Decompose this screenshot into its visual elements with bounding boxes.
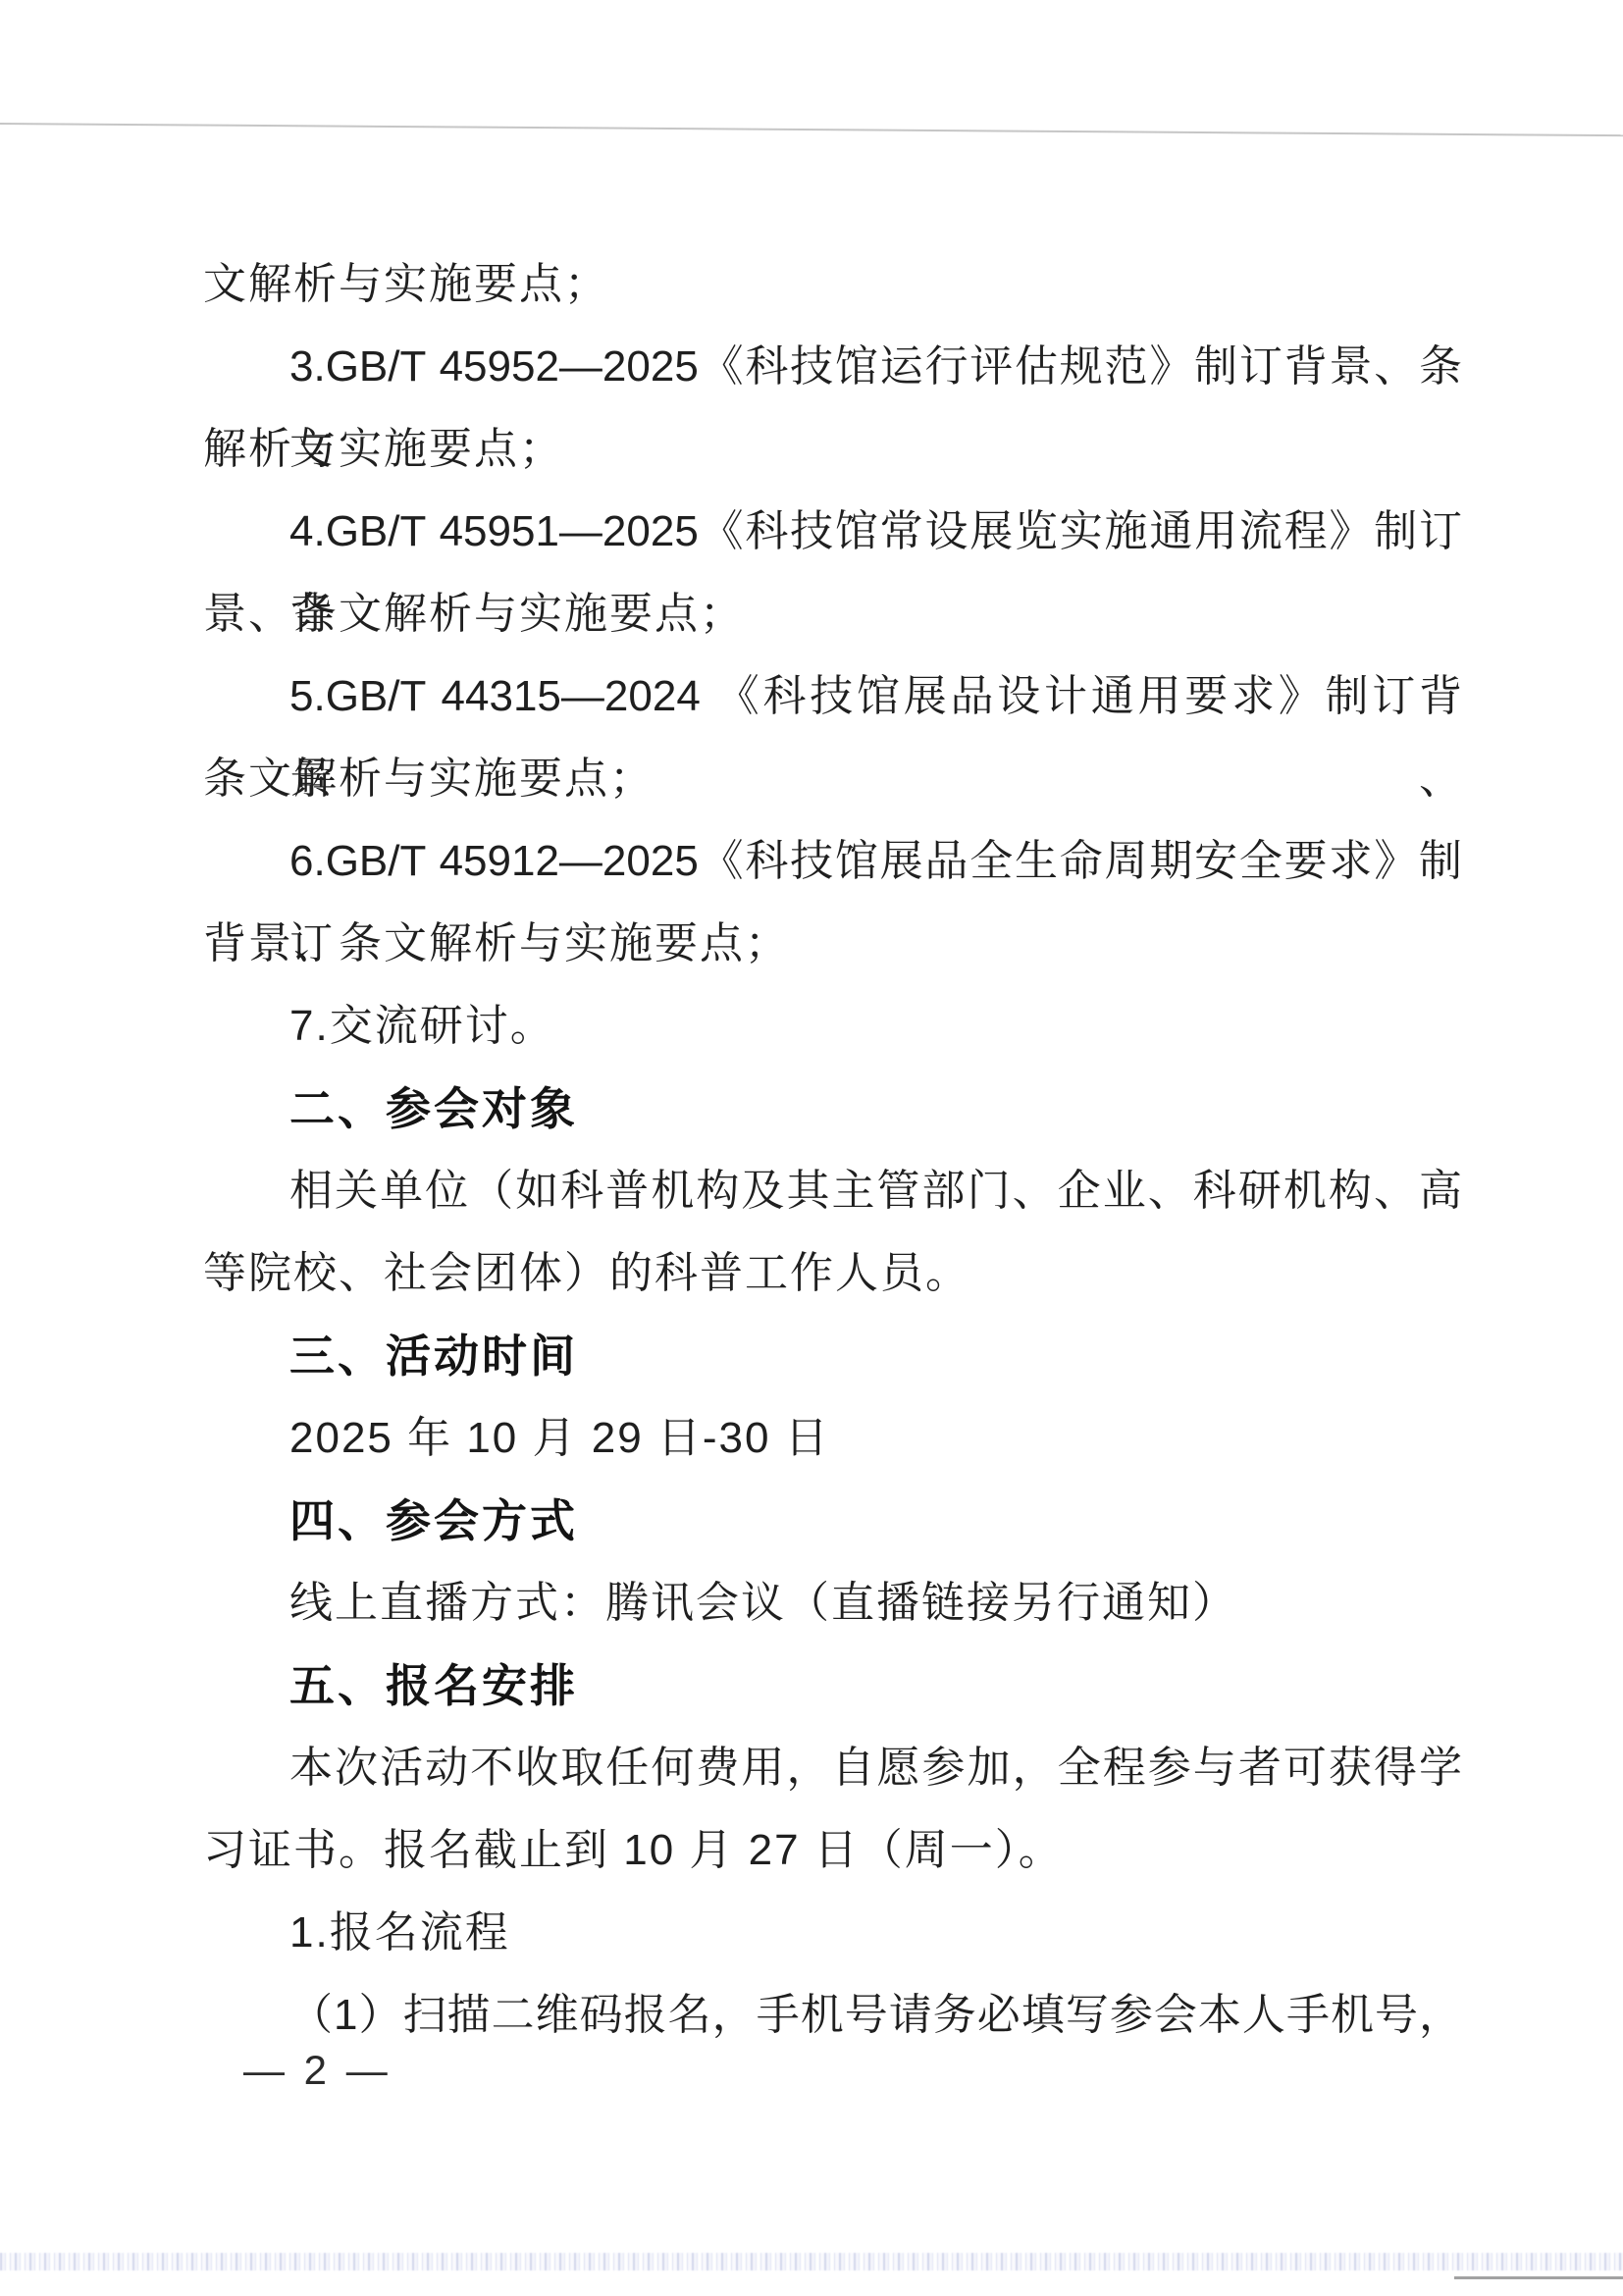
- text-line: 景、条文解析与实施要点；: [203, 573, 1462, 655]
- scan-artifact-bottom-right-line: [1454, 2276, 1623, 2279]
- document-page: 文解析与实施要点；3.GB/T 45952—2025《科技馆运行评估规范》制订背…: [0, 0, 1623, 2296]
- text-line: 解析与实施要点；: [203, 408, 1462, 491]
- section-heading: 二、参会对象: [203, 1068, 1462, 1150]
- text-line: 4.GB/T 45951—2025《科技馆常设展览实施通用流程》制订背: [203, 491, 1462, 573]
- text-line: 本次活动不收取任何费用，自愿参加，全程参与者可获得学: [203, 1727, 1462, 1809]
- text-line: （1）扫描二维码报名，手机号请务必填写参会本人手机号，: [203, 1974, 1462, 2057]
- section-heading: 五、报名安排: [203, 1644, 1462, 1727]
- text-line: 线上直播方式：腾讯会议（直播链接另行通知）: [203, 1562, 1462, 1644]
- text-line: 相关单位（如科普机构及其主管部门、企业、科研机构、高: [203, 1150, 1462, 1232]
- section-heading: 三、活动时间: [203, 1315, 1462, 1397]
- text-line: 5.GB/T 44315—2024 《科技馆展品设计通用要求》制订背景、: [203, 655, 1462, 738]
- scan-artifact-bottom-noise-band: [0, 2253, 1623, 2270]
- text-line: 习证书。报名截止到 10 月 27 日（周一）。: [203, 1809, 1462, 1892]
- text-line: 6.GB/T 45912—2025《科技馆展品全生命周期安全要求》制订: [203, 820, 1462, 903]
- document-body: 文解析与实施要点；3.GB/T 45952—2025《科技馆运行评估规范》制订背…: [203, 243, 1462, 2057]
- text-line: 3.GB/T 45952—2025《科技馆运行评估规范》制订背景、条文: [203, 326, 1462, 408]
- text-line: 2025 年 10 月 29 日-30 日: [203, 1397, 1462, 1480]
- text-line: 1.报名流程: [203, 1892, 1462, 1974]
- scan-artifact-top-edge-line: [0, 123, 1623, 136]
- text-line: 7.交流研讨。: [203, 985, 1462, 1068]
- text-line: 等院校、社会团体）的科普工作人员。: [203, 1232, 1462, 1315]
- text-line: 文解析与实施要点；: [203, 243, 1462, 326]
- section-heading: 四、参会方式: [203, 1480, 1462, 1562]
- page-number: — 2 —: [243, 2041, 392, 2100]
- text-line: 背景、条文解析与实施要点；: [203, 903, 1462, 985]
